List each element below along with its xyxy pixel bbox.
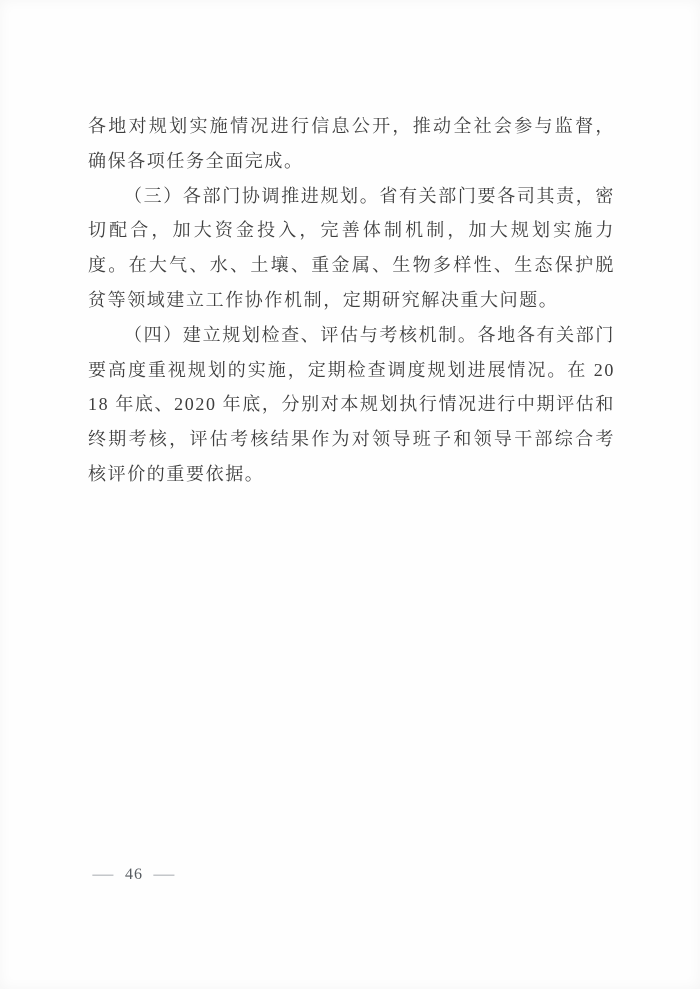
footer-right-dash: — [153,866,175,884]
page-footer: — 46 — [95,866,173,884]
paragraph-section-3: （三）各部门协调推进规划。省有关部门要各司其责，密切配合，加大资金投入，完善体制… [88,179,615,318]
page-number: 46 [125,866,143,884]
paragraph-continuation: 各地对规划实施情况进行信息公开，推动全社会参与监督，确保各项任务全面完成。 [88,109,615,179]
text-block: 各地对规划实施情况进行信息公开，推动全社会参与监督，确保各项任务全面完成。 （三… [88,109,615,492]
paragraph-section-4: （四）建立规划检查、评估与考核机制。各地各有关部门要高度重视规划的实施，定期检查… [88,318,615,492]
document-page: 各地对规划实施情况进行信息公开，推动全社会参与监督，确保各项任务全面完成。 （三… [0,0,700,989]
footer-left-dash: — [92,866,114,884]
